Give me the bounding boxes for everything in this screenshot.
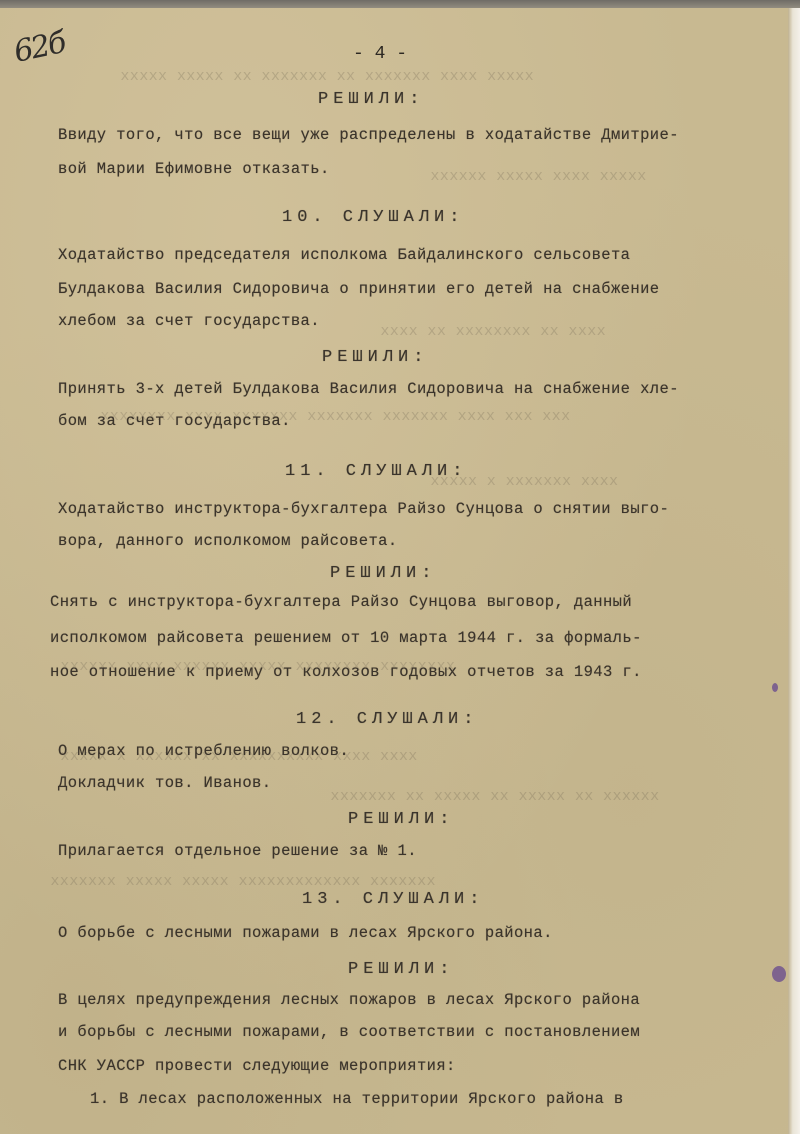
reverse-side-bleed: хххх хх хххххххх хх хххх bbox=[380, 323, 606, 340]
text-line: и борьбы с лесными пожарами, в соответст… bbox=[58, 1023, 640, 1041]
ink-spot bbox=[772, 683, 778, 692]
reverse-side-bleed: ххххх хххх ххххх хххххх bbox=[430, 168, 646, 185]
text-line: ное отношение к приему от колхозов годов… bbox=[50, 663, 642, 681]
text-line: Булдакова Василия Сидоровича о принятии … bbox=[58, 280, 660, 298]
section-heading-decided: РЕШИЛИ: bbox=[330, 564, 436, 583]
section-heading-decided: РЕШИЛИ: bbox=[348, 960, 454, 979]
reverse-side-bleed: ххххх хххх ххххххх хх ххххххх хх ххххх х… bbox=[120, 68, 534, 85]
page-edge bbox=[788, 8, 800, 1134]
section-heading-heard-11: 11. СЛУШАЛИ: bbox=[285, 462, 467, 481]
text-line: вора, данного исполкомом райсовета. bbox=[58, 532, 398, 550]
text-line: Ходатайство председателя исполкома Байда… bbox=[58, 246, 630, 264]
page-number: - 4 - bbox=[0, 44, 760, 64]
text-line: Докладчик тов. Иванов. bbox=[58, 774, 271, 792]
text-line: Ходатайство инструктора-бухгалтера Райзо… bbox=[58, 500, 669, 518]
section-heading-heard-10: 10. СЛУШАЛИ: bbox=[282, 208, 464, 227]
section-heading-decided: РЕШИЛИ: bbox=[318, 90, 424, 109]
section-heading-decided: РЕШИЛИ: bbox=[322, 348, 428, 367]
text-line: Принять 3-х детей Булдакова Василия Сидо… bbox=[58, 380, 679, 398]
reverse-side-bleed: ххххххх ххххххххххххх ххххх ххххх хххххх… bbox=[50, 873, 435, 890]
text-line: О мерах по истреблению волков. bbox=[58, 742, 349, 760]
text-line: исполкомом райсовета решением от 10 март… bbox=[50, 629, 642, 647]
text-line: Снять с инструктора-бухгалтера Райзо Сун… bbox=[50, 593, 632, 611]
document-page: ххххх хххх ххххххх хх ххххххх хх ххххх х… bbox=[0, 8, 790, 1134]
text-line: хлебом за счет государства. bbox=[58, 312, 320, 330]
text-line: Ввиду того, что все вещи уже распределен… bbox=[58, 126, 679, 144]
text-line: вой Марии Ефимовне отказать. bbox=[58, 160, 330, 178]
text-line: бом за счет государства. bbox=[58, 412, 291, 430]
reverse-side-bleed: хххххх хх ххххх хх ххххх хх ххххххх bbox=[330, 788, 659, 805]
ink-spot bbox=[772, 966, 786, 982]
section-heading-heard-12: 12. СЛУШАЛИ: bbox=[296, 710, 478, 729]
text-line: Прилагается отдельное решение за № 1. bbox=[58, 842, 417, 860]
text-line: В целях предупреждения лесных пожаров в … bbox=[58, 991, 640, 1009]
text-line: СНК УАССР провести следующие мероприятия… bbox=[58, 1057, 456, 1075]
section-heading-heard-13: 13. СЛУШАЛИ: bbox=[302, 890, 484, 909]
section-heading-decided: РЕШИЛИ: bbox=[348, 810, 454, 829]
text-line: О борьбе с лесными пожарами в лесах Ярск… bbox=[58, 924, 553, 942]
text-line: 1. В лесах расположенных на территории Я… bbox=[90, 1090, 624, 1108]
